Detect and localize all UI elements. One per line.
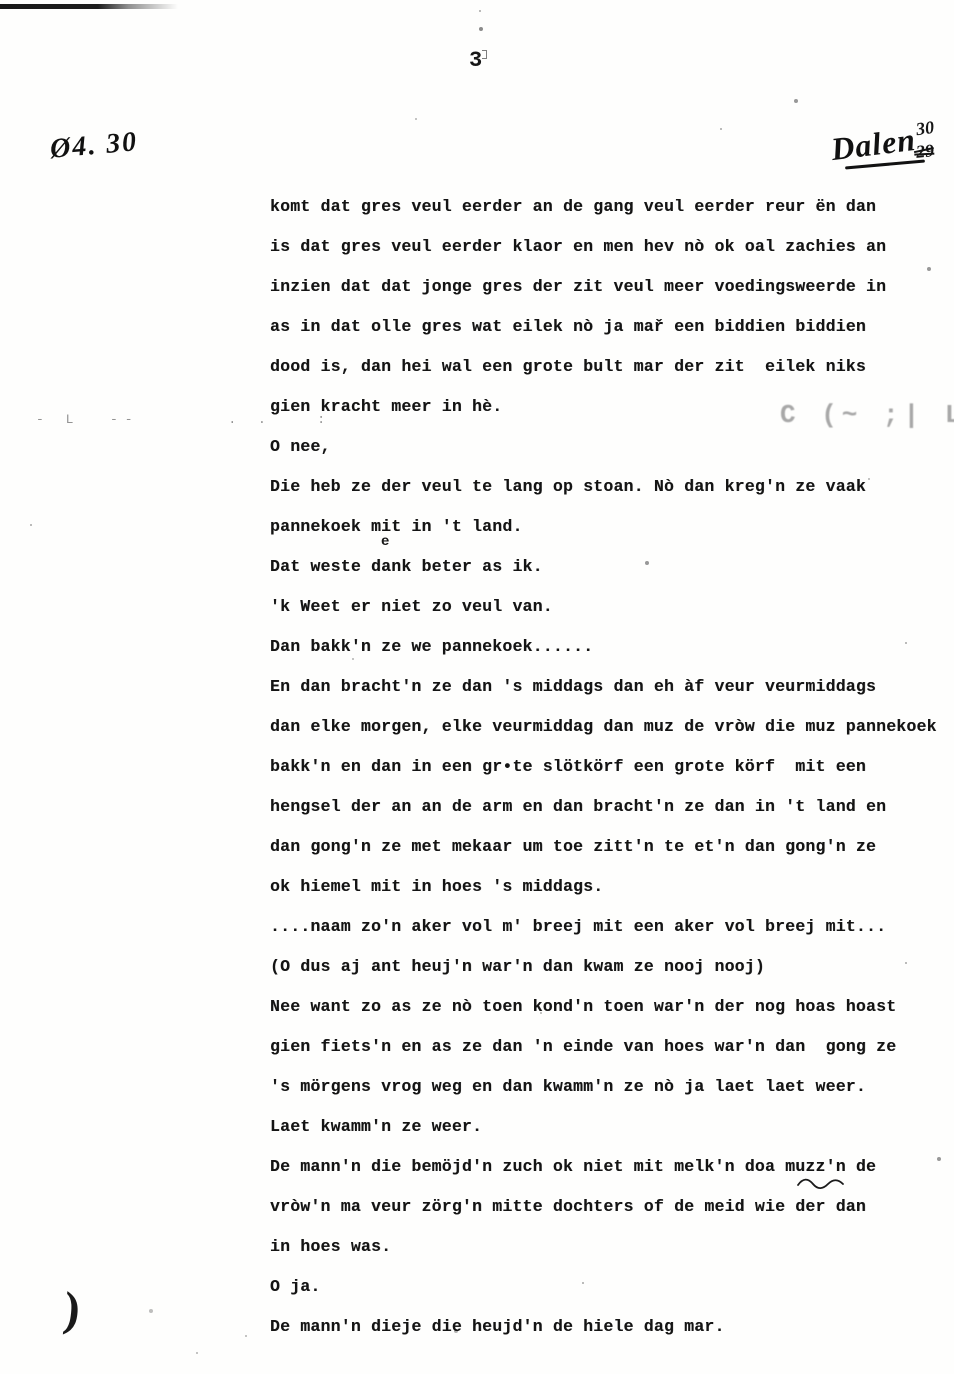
transcript-line: inzien dat dat jonge gres der zit veul m… bbox=[270, 267, 937, 307]
handwritten-numbers: 30 29 bbox=[916, 118, 934, 161]
typed-correction-letter: e bbox=[381, 534, 389, 550]
transcript-line: dan gong'n ze met mekaar um toe zitt'n t… bbox=[270, 827, 937, 867]
scanned-document-page: 3 Ø4. 30 Dalen 30 29 C (~ ;| L - L -- . … bbox=[0, 0, 954, 1374]
scan-noise-dots bbox=[0, 0, 2, 2]
transcript-line: dan elke morgen, elke veurmiddag dan muz… bbox=[270, 707, 937, 747]
transcript-line: Die heb ze der veul te lang op stoan. Nò… bbox=[270, 467, 937, 507]
transcript-line: hengsel der an an de arm en dan bracht'n… bbox=[270, 787, 937, 827]
transcript-line: komt dat gres veul eerder an de gang veu… bbox=[270, 187, 937, 227]
handwritten-paren-mark: ) bbox=[61, 1281, 83, 1337]
handwritten-squiggle-icon bbox=[796, 1176, 846, 1190]
transcript-line: Laet kwamm'n ze weer. bbox=[270, 1107, 937, 1147]
transcript-line: dood is, dan hei wal een grote bult mar … bbox=[270, 347, 937, 387]
transcript-line: Nee want zo as ze nò toen kond'n toen wa… bbox=[270, 987, 937, 1027]
transcript-line: O nee, bbox=[270, 427, 937, 467]
handwritten-archive-code: Ø4. 30 bbox=[49, 126, 140, 166]
transcript-line: O ja. bbox=[270, 1267, 937, 1307]
transcript-line: gien fiets'n en as ze dan 'n einde van h… bbox=[270, 1027, 937, 1067]
handwritten-number-crossed-out: 29 bbox=[915, 140, 935, 162]
page-number: 3 bbox=[469, 48, 483, 73]
transcript-line: En dan bracht'n ze dan 's middags dan eh… bbox=[270, 667, 937, 707]
transcript-line: gien kracht meer in hè. bbox=[270, 387, 937, 427]
transcript-line: vròw'n ma veur zörg'n mitte dochters of … bbox=[270, 1187, 937, 1227]
transcript-line: in hoes was. bbox=[270, 1227, 937, 1267]
margin-smudge-artifact: - L -- . . : bbox=[36, 412, 266, 427]
transcript-body: komt dat gres veul eerder an de gang veu… bbox=[270, 187, 937, 1347]
scan-edge-artifact bbox=[0, 4, 178, 9]
transcript-line: ....naam zo'n aker vol m' breej mit een … bbox=[270, 907, 937, 947]
transcript-line: pannekoek mit in 't land. bbox=[270, 507, 937, 547]
transcript-line: Dan bakk'n ze we pannekoek...... bbox=[270, 627, 937, 667]
handwritten-number: 30 bbox=[915, 117, 936, 139]
transcript-line: 'k Weet er niet zo veul van. bbox=[270, 587, 937, 627]
transcript-line: Dat weste dank beter as ik. bbox=[270, 547, 937, 587]
transcript-line: bakk'n en dan in een gr•te slötkörf een … bbox=[270, 747, 937, 787]
transcript-line: as in dat olle gres wat eilek nò ja mař … bbox=[270, 307, 937, 347]
transcript-line: ok hiemel mit in hoes 's middags. bbox=[270, 867, 937, 907]
transcript-line: is dat gres veul eerder klaor en men hev… bbox=[270, 227, 937, 267]
transcript-line: 's mörgens vrog weg en dan kwamm'n ze nò… bbox=[270, 1067, 937, 1107]
transcript-line: (O dus aj ant heuj'n war'n dan kwam ze n… bbox=[270, 947, 937, 987]
transcript-line: De mann'n dieje die heujd'n de hiele dag… bbox=[270, 1307, 937, 1347]
